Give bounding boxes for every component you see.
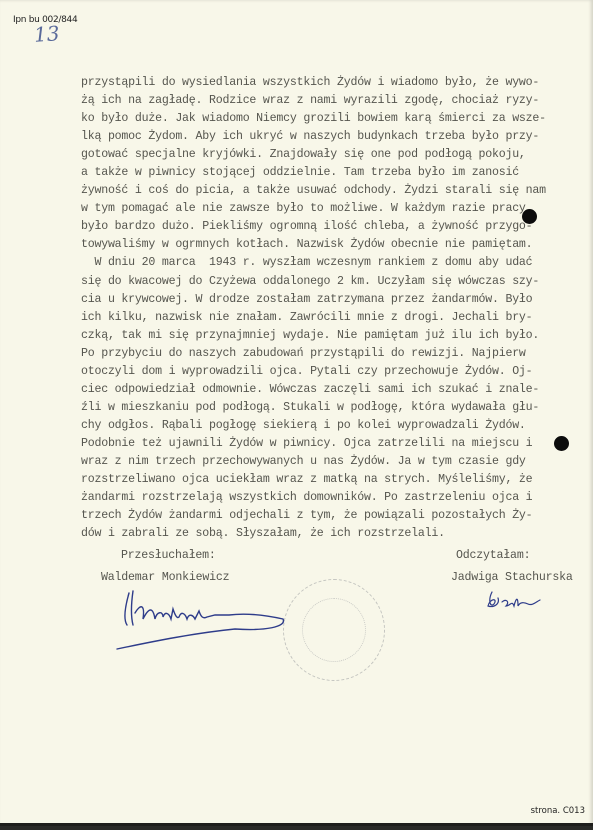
interrogator-name: Waldemar Monkiewicz <box>101 571 229 584</box>
text-line: a także w piwnicy stojącej oddzielnie. T… <box>81 164 593 182</box>
document-page: Ipn bu 002/844 13 przystąpili do wysiedl… <box>0 0 593 826</box>
text-line: cia u krywcowej. W drodze zostałam zatrz… <box>81 291 593 309</box>
interrogator-signature-icon <box>115 585 295 655</box>
witness-signature-icon <box>486 588 546 618</box>
text-line: żą ich na zagładę. Rodzice wraz z nami w… <box>81 92 593 110</box>
page-footer-label: strona. C013 <box>531 806 585 816</box>
text-line: towywaliśmy w ogrmnych kotłach. Nazwisk … <box>81 236 593 254</box>
testimony-body-text: przystąpili do wysiedlania wszystkich Ży… <box>81 74 593 543</box>
text-line: żywność i coś do picia, a także usuwać o… <box>81 182 593 200</box>
witness-label: Odczytałam: <box>456 549 530 562</box>
official-stamp-icon <box>283 579 385 681</box>
text-line: się do kwacowej do Czyżewa oddalonego 2 … <box>81 273 593 291</box>
text-line: ich kilku, nazwisk nie znałam. Zawrócili… <box>81 309 593 327</box>
text-line: W dniu 20 marca 1943 r. wyszłam wczesnym… <box>81 254 593 272</box>
text-line: gotować specjalne kryjówki. Znajdowały s… <box>81 146 593 164</box>
text-line: lką pomoc Żydom. Aby ich ukryć w naszych… <box>81 128 593 146</box>
witness-name: Jadwiga Stachurska <box>451 571 573 584</box>
handwritten-page-number: 13 <box>33 21 60 47</box>
text-line: otoczyli dom i wyprowadzili ojca. Pytali… <box>81 363 593 381</box>
text-line: Po przybyciu do naszych zabudowań przyst… <box>81 345 593 363</box>
text-line: źli w mieszkaniu pod podłogą. Stukali w … <box>81 399 593 417</box>
text-line: ciec odpowiedział odmownie. Wówczas zacz… <box>81 381 593 399</box>
text-line: przystąpili do wysiedlania wszystkich Ży… <box>81 74 593 92</box>
text-line: dów i zabrali ze sobą. Słyszałam, że ich… <box>81 525 593 543</box>
text-line: wraz z nim trzech przechowywanych u nas … <box>81 453 593 471</box>
text-line: Podobnie też ujawnili Żydów w piwnicy. O… <box>81 435 593 453</box>
text-line: w tym pomagać ale nie zawsze było to moż… <box>81 200 593 218</box>
text-line: trzech Żydów żandarmi odjechali z tym, ż… <box>81 507 593 525</box>
interrogator-label: Przesłuchałem: <box>121 549 216 562</box>
text-line: rozstrzeliwano ojca uciekłam wraz z matk… <box>81 471 593 489</box>
text-line: ko było duże. Jak wiadomo Niemcy grozili… <box>81 110 593 128</box>
text-line: żandarmi rozstrzelają wszystkich domowni… <box>81 489 593 507</box>
text-line: czką, tak mi się przynajmniej wydaje. Ni… <box>81 327 593 345</box>
text-line: było bardzo dużo. Piekliśmy ogromną iloś… <box>81 218 593 236</box>
text-line: chy odgłos. Rąbali pogłogę siekierą i po… <box>81 417 593 435</box>
